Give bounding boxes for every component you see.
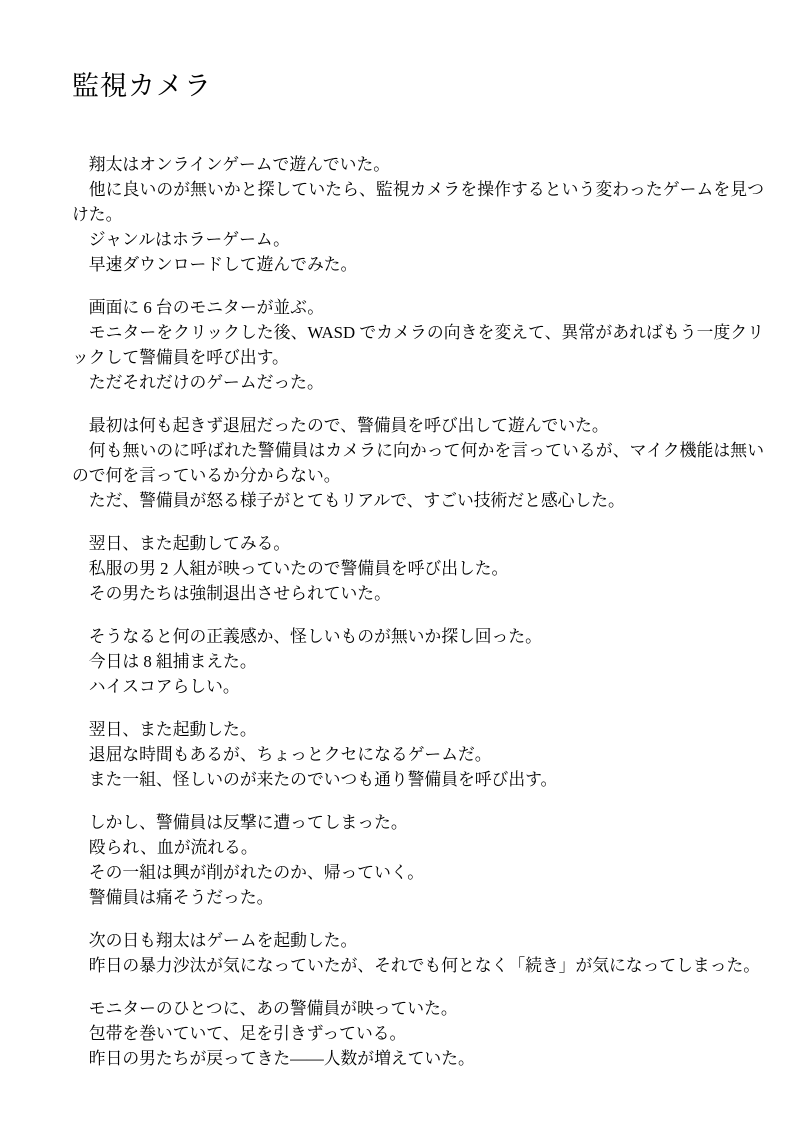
text-line: ただそれだけのゲームだった。 — [72, 370, 764, 395]
document-page: 監視カメラ 翔太はオンラインゲームで遊んでいた。他に良いのが無いかと探していたら… — [0, 0, 795, 1124]
text-line: 翌日、また起動してみる。 — [72, 531, 764, 556]
text-line: 昨日の男たちが戻ってきた――人数が増えていた。 — [72, 1046, 764, 1071]
text-line: 今日は 8 組捕まえた。 — [72, 649, 764, 674]
paragraph: 次の日も翔太はゲームを起動した。昨日の暴力沙汰が気になっていたが、それでも何とな… — [72, 928, 764, 978]
text-line: 何も無いのに呼ばれた警備員はカメラに向かって何かを言っているが、マイク機能は無い… — [72, 438, 764, 488]
text-line: 退屈な時間もあるが、ちょっとクセになるゲームだ。 — [72, 742, 764, 767]
paragraph: 翔太はオンラインゲームで遊んでいた。他に良いのが無いかと探していたら、監視カメラ… — [72, 152, 764, 277]
text-line: 他に良いのが無いかと探していたら、監視カメラを操作するという変わったゲームを見つ… — [72, 177, 764, 227]
text-line: 早速ダウンロードして遊んでみた。 — [72, 252, 764, 277]
paragraph: モニターのひとつに、あの警備員が映っていた。包帯を巻いていて、足を引きずっている… — [72, 996, 764, 1071]
text-line: モニターのひとつに、あの警備員が映っていた。 — [72, 996, 764, 1021]
paragraph: しかし、警備員は反撃に遭ってしまった。殴られ、血が流れる。その一組は興が削がれた… — [72, 810, 764, 910]
paragraph: そうなると何の正義感か、怪しいものが無いか探し回った。今日は 8 組捕まえた。ハ… — [72, 624, 764, 699]
text-line: 殴られ、血が流れる。 — [72, 835, 764, 860]
text-line: そうなると何の正義感か、怪しいものが無いか探し回った。 — [72, 624, 764, 649]
text-line: 昨日の暴力沙汰が気になっていたが、それでも何となく「続き」が気になってしまった。 — [72, 953, 764, 978]
text-line: 翔太はオンラインゲームで遊んでいた。 — [72, 152, 764, 177]
text-line: ただ、警備員が怒る様子がとてもリアルで、すごい技術だと感心した。 — [72, 488, 764, 513]
text-line: また一組、怪しいのが来たのでいつも通り警備員を呼び出す。 — [72, 767, 764, 792]
text-line: 画面に 6 台のモニターが並ぶ。 — [72, 295, 764, 320]
text-line: 最初は何も起きず退屈だったので、警備員を呼び出して遊んでいた。 — [72, 413, 764, 438]
paragraph: 画面に 6 台のモニターが並ぶ。モニターをクリックした後、WASD でカメラの向… — [72, 295, 764, 395]
text-line: しかし、警備員は反撃に遭ってしまった。 — [72, 810, 764, 835]
paragraph: 最初は何も起きず退屈だったので、警備員を呼び出して遊んでいた。何も無いのに呼ばれ… — [72, 413, 764, 513]
text-line: 次の日も翔太はゲームを起動した。 — [72, 928, 764, 953]
text-line: ハイスコアらしい。 — [72, 674, 764, 699]
text-line: 包帯を巻いていて、足を引きずっている。 — [72, 1021, 764, 1046]
text-line: その男たちは強制退出させられていた。 — [72, 581, 764, 606]
text-line: 私服の男 2 人組が映っていたので警備員を呼び出した。 — [72, 556, 764, 581]
text-line: 警備員は痛そうだった。 — [72, 885, 764, 910]
text-line: その一組は興が削がれたのか、帰っていく。 — [72, 860, 764, 885]
story-body: 翔太はオンラインゲームで遊んでいた。他に良いのが無いかと探していたら、監視カメラ… — [72, 152, 764, 1071]
paragraph: 翌日、また起動した。退屈な時間もあるが、ちょっとクセになるゲームだ。また一組、怪… — [72, 717, 764, 792]
document-title: 監視カメラ — [72, 72, 764, 102]
paragraph: 翌日、また起動してみる。私服の男 2 人組が映っていたので警備員を呼び出した。そ… — [72, 531, 764, 606]
text-line: ジャンルはホラーゲーム。 — [72, 227, 764, 252]
text-line: モニターをクリックした後、WASD でカメラの向きを変えて、異常があればもう一度… — [72, 320, 764, 370]
text-line: 翌日、また起動した。 — [72, 717, 764, 742]
